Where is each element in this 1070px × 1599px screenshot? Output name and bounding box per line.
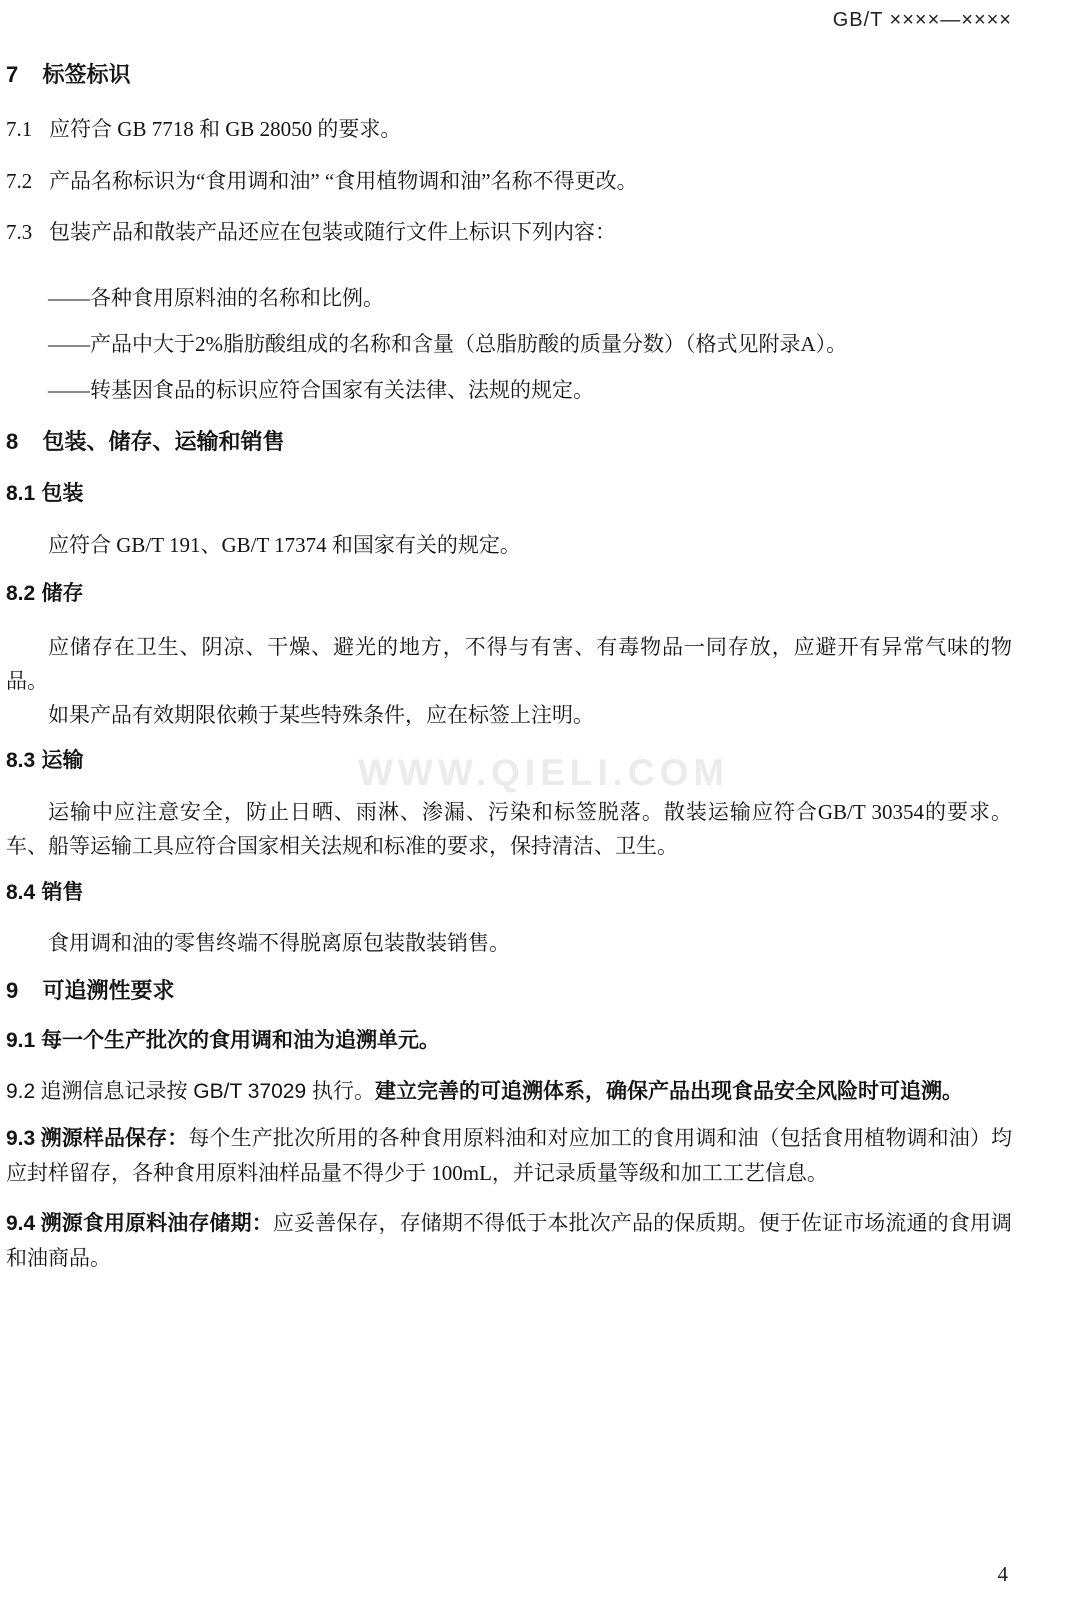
section-8-3-heading: 8.3运输 [6,748,1012,773]
section-8-1-number: 8.1 [6,482,35,505]
clause-7-2: 7.2产品名称标识为“食用调和油” “食用植物调和油”名称不得更改。 [6,168,1012,194]
page-number: 4 [998,1562,1009,1587]
section-8-2-title: 储存 [42,582,84,605]
list-item: ——转基因食品的标识应符合国家有关法律、法规的规定。 [48,377,1012,403]
clause-9-2: 9.2 追溯信息记录按 GB/T 37029 执行。建立完善的可追溯体系，确保产… [6,1078,1012,1105]
clause-9-3-number: 9.3 [6,1127,35,1150]
dash-marker: —— [48,286,90,310]
clause-9-1-number: 9.1 [6,1029,35,1052]
section-9-heading: 9可追溯性要求 [6,978,1012,1004]
clause-9-3-head: 溯源样品保存： [41,1127,189,1150]
list-item-text: 转基因食品的标识应符合国家有关法律、法规的规定。 [90,378,594,402]
section-8-2-heading: 8.2储存 [6,581,1012,606]
clause-9-4-head: 溯源食用原料油存储期： [41,1212,273,1235]
clause-9-2-number: 9.2 [6,1080,35,1103]
clause-9-4: 9.4 溯源食用原料油存储期：应妥善保存，存储期不得低于本批次产品的保质期。便于… [6,1206,1012,1275]
section-8-heading: 8包装、储存、运输和销售 [6,429,1012,455]
section-8-1-title: 包装 [42,482,84,505]
section-9-title: 可追溯性要求 [42,978,174,1003]
section-8-1-heading: 8.1包装 [6,481,1012,506]
section-8-2-paragraph-1: 应储存在卫生、阴凉、干燥、避光的地方，不得与有害、有毒物品一同存放，应避开有异常… [6,630,1012,698]
clause-7-1-text: 应符合 GB 7718 和 GB 28050 的要求。 [49,117,401,141]
section-8-2-number: 8.2 [6,582,35,605]
clause-9-1-text: 每一个生产批次的食用调和油为追溯单元。 [41,1029,440,1052]
clause-7-3: 7.3包装产品和散装产品还应在包装或随行文件上标识下列内容： [6,219,1012,245]
clause-9-2-emphasis: 建立完善的可追溯体系，确保产品出现食品安全风险时可追溯。 [375,1080,963,1103]
section-8-4-heading: 8.4销售 [6,880,1012,905]
clause-9-2-lead: 追溯信息记录按 GB/T 37029 执行。 [40,1080,375,1103]
list-item: ——各种食用原料油的名称和比例。 [48,285,1012,311]
clause-7-1: 7.1应符合 GB 7718 和 GB 28050 的要求。 [6,116,1012,142]
section-9-number: 9 [6,978,18,1003]
clause-9-4-number: 9.4 [6,1212,35,1235]
list-item: ——产品中大于2%脂肪酸组成的名称和含量（总脂肪酸的质量分数）（格式见附录A）。 [48,331,1012,357]
section-7-title: 标签标识 [42,62,130,87]
section-8-4-number: 8.4 [6,881,35,904]
clause-7-3-number: 7.3 [6,220,32,244]
section-8-1-paragraph: 应符合 GB/T 191、GB/T 17374 和国家有关的规定。 [6,532,1012,558]
section-8-4-title: 销售 [42,881,84,904]
document-page: GB/T ××××—×××× 7标签标识 7.1应符合 GB 7718 和 GB… [0,0,1070,1275]
section-7-heading: 7标签标识 [6,62,1012,88]
section-8-number: 8 [6,429,18,454]
clause-7-1-number: 7.1 [6,117,32,141]
clause-9-3: 9.3 溯源样品保存：每个生产批次所用的各种食用原料油和对应加工的食用调和油（包… [6,1121,1012,1190]
dash-marker: —— [48,332,90,356]
clause-7-2-text: 产品名称标识为“食用调和油” “食用植物调和油”名称不得更改。 [49,169,638,193]
section-8-2-paragraph-2: 如果产品有效期限依赖于某些特殊条件，应在标签上注明。 [6,698,1012,732]
clause-9-1: 9.1 每一个生产批次的食用调和油为追溯单元。 [6,1028,1012,1054]
clause-7-3-text: 包装产品和散装产品还应在包装或随行文件上标识下列内容： [49,220,616,244]
standard-code-header: GB/T ××××—×××× [6,8,1012,32]
section-8-3-title: 运输 [42,749,84,772]
list-item-text: 各种食用原料油的名称和比例。 [90,286,384,310]
section-7-number: 7 [6,62,18,87]
section-8-3-number: 8.3 [6,749,35,772]
clause-7-2-number: 7.2 [6,169,32,193]
section-8-title: 包装、储存、运输和销售 [42,429,284,454]
section-8-3-paragraph: 运输中应注意安全，防止日晒、雨淋、渗漏、污染和标签脱落。散装运输应符合GB/T … [6,795,1012,863]
list-item-text: 产品中大于2%脂肪酸组成的名称和含量（总脂肪酸的质量分数）（格式见附录A）。 [90,332,847,356]
section-8-4-paragraph: 食用调和油的零售终端不得脱离原包装散装销售。 [6,930,1012,956]
dash-marker: —— [48,378,90,402]
